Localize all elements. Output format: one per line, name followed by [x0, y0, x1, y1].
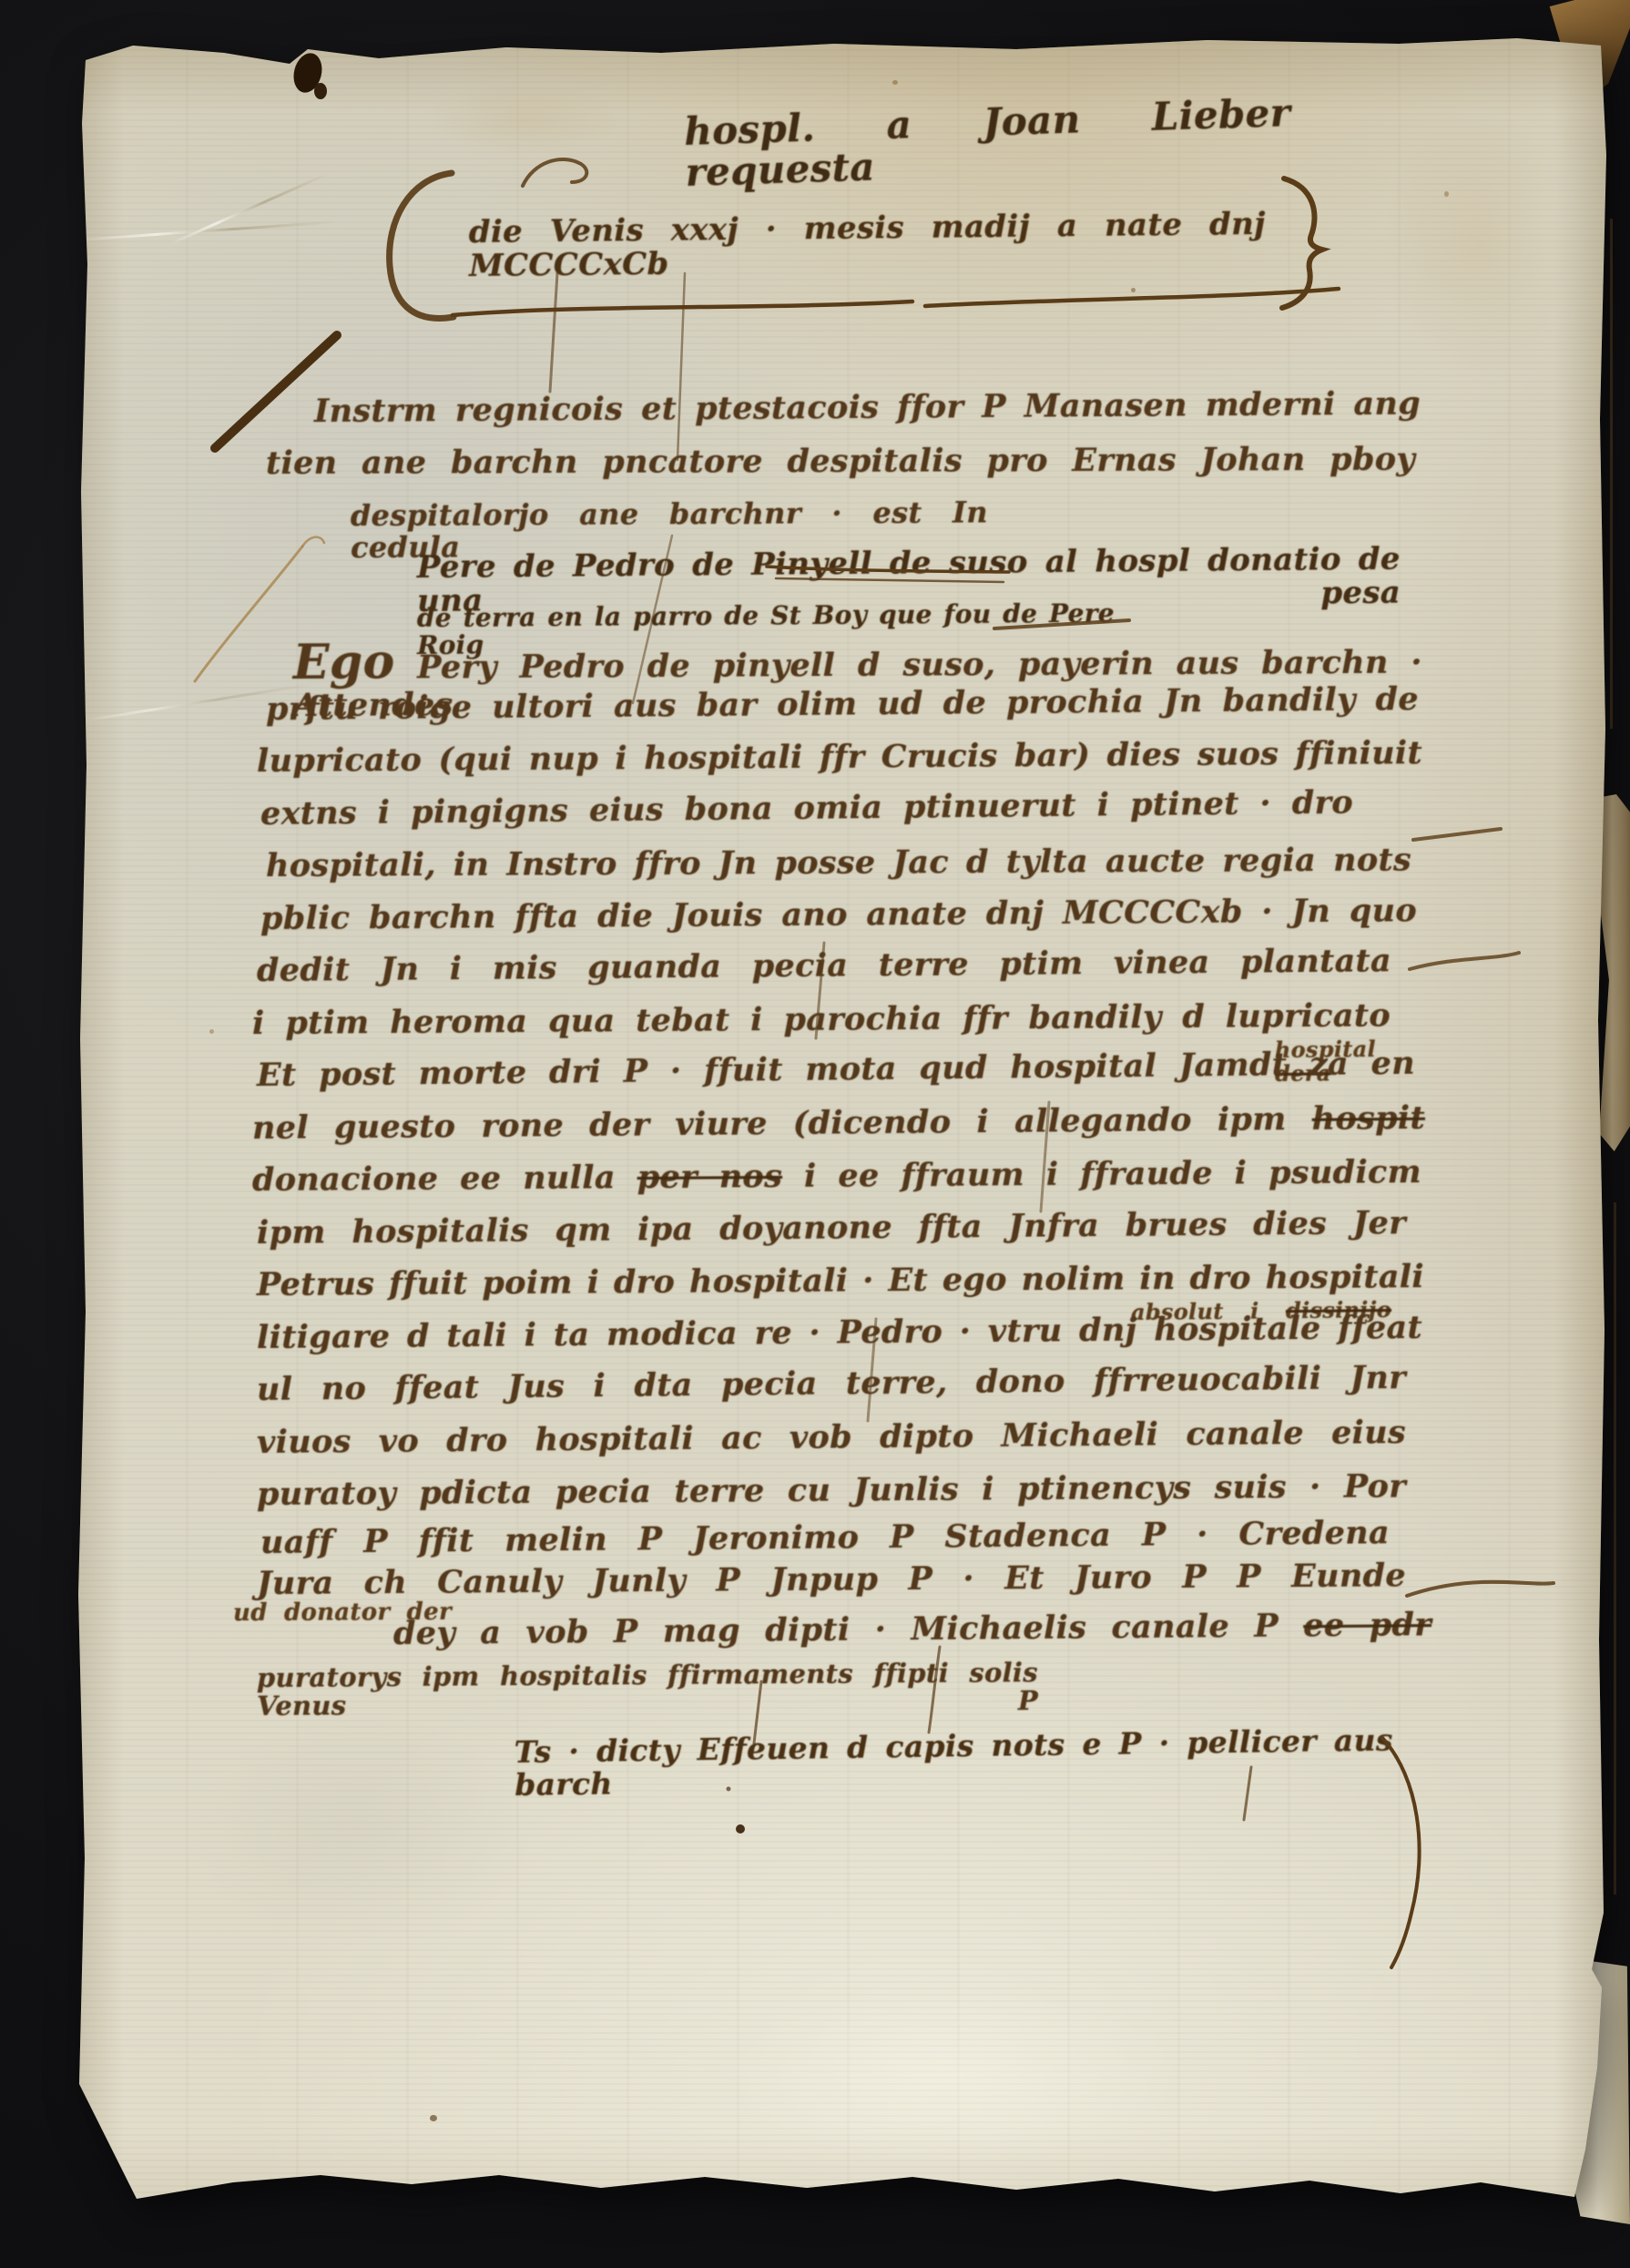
handwriting-layer: hospl. a Joan Lieber requestadie Venis x… — [0, 0, 1630, 2268]
strikethrough-text: ee pdr — [1303, 1606, 1431, 1644]
body-line-5: hospitali, in Instro ffro Jn posse Jac d… — [266, 843, 1411, 883]
body-line-8: i ptim heroma qua tebat i parochia ffr b… — [252, 998, 1391, 1041]
body-line-12: ipm hospitalis qm ipa doyanone ffta Jnfr… — [257, 1206, 1406, 1251]
photo-backdrop: hospl. a Joan Lieber requestadie Venis x… — [0, 0, 1630, 2268]
body-line-21: puratorys ipm hospitalis ffirmaments ffi… — [257, 1659, 1038, 1721]
body-line-7: dedit Jn i mis guanda pecia terre ptim v… — [257, 944, 1391, 988]
archival-title: hospl. a Joan Lieber requesta — [684, 92, 1293, 194]
body-line-20: dey a vob P mag dipti · Michaelis canale… — [393, 1608, 1431, 1651]
body-line-9: Et post morte dri P · ffuit mota qud hos… — [257, 1047, 1415, 1093]
body-line-6: pblic barchn ffta die Jouis ano anate dn… — [260, 894, 1417, 936]
dateline-text: die Venis xxxj · mesis madij a nate dnj … — [469, 208, 1267, 283]
body-line-17: puratoy pdicta pecia terre cu Junlis i p… — [257, 1469, 1406, 1512]
body-line-16: viuos vo dro hospitali ac vob dipto Mich… — [257, 1415, 1406, 1460]
body-line-13: Petrus ffuit poim i dro hospitali · Et e… — [257, 1260, 1424, 1303]
body-line-11: donacione ee nulla per nos i ee ffraum i… — [252, 1155, 1421, 1198]
strikethrough-text: per nos — [637, 1158, 783, 1196]
strikethrough-text: hospit — [1312, 1099, 1426, 1138]
registrum-line-1: Instrm regnicois et ptestacois ffor P Ma… — [314, 387, 1421, 429]
body-line-3: lupricato (qui nup i hospitali ffr Cruci… — [257, 736, 1422, 779]
registrum-line-2: tien ane barchn pncatore despitalis pro … — [266, 443, 1415, 481]
body-line-18: uaff P ffit melin P Jeronimo P Stadenca … — [260, 1516, 1390, 1560]
body-line-10: nel guesto rone der viure (dicendo i all… — [252, 1101, 1425, 1146]
body-line-2: prftu roige ultori aus bar olim ud de pr… — [266, 682, 1419, 727]
body-line-14: litigare d tali i ta modica re · Pedro ·… — [257, 1311, 1422, 1355]
body-line-4: extns i pingigns eius bona omia ptinueru… — [260, 785, 1353, 831]
witness-line: Ts · dicty Effeuen d capis nots e P · pe… — [514, 1724, 1394, 1802]
body-line-19: Jura ch Canuly Junly P Jnpup P · Et Juro… — [257, 1558, 1406, 1601]
body-line-15: ul no ffeat Jus i dta pecia terre, dono … — [257, 1361, 1406, 1407]
